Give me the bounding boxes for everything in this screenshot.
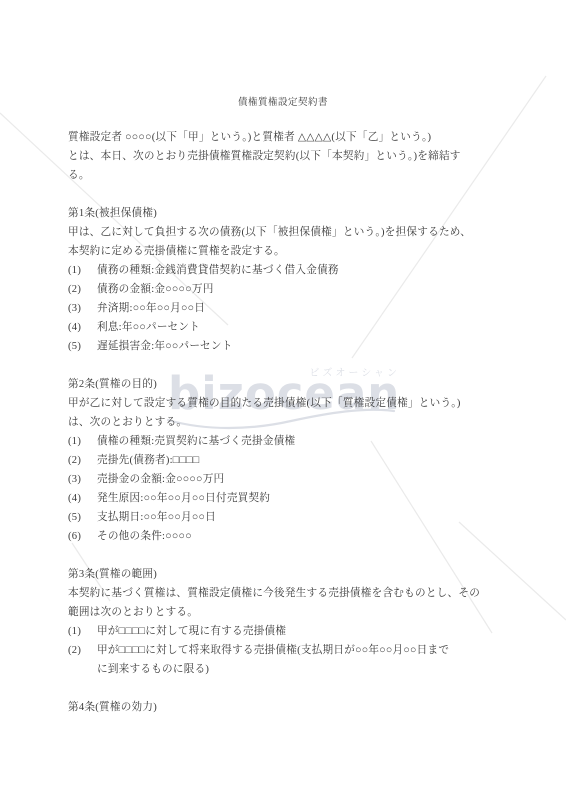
item-number: (6)	[68, 527, 97, 546]
list-item-line: (2)債務の金額:金○○○○万円	[68, 280, 520, 299]
document-body: 質権設定者 ○○○○(以下「甲」という。)と質権者 △△△△(以下「乙」という。…	[68, 128, 520, 717]
paragraph-line: は、次のとおりとする。	[68, 413, 520, 432]
paragraph-line: とは、本日、次のとおり売掛債権質権設定契約(以下「本契約」という。)を締結す	[68, 147, 520, 166]
blank-line	[68, 679, 520, 698]
list-item-continuation: に到来するものに限る)	[68, 660, 520, 679]
list-item-line: (5)遅延損害金:年○○パーセント	[68, 337, 520, 356]
item-number: (2)	[68, 280, 97, 299]
paragraph-line: 本契約に定める売掛債権に質権を設定する。	[68, 242, 520, 261]
paragraph-line: 甲は、乙に対して負担する次の債務(以下「被担保債権」という。)を担保するため、	[68, 223, 520, 242]
blank-line	[68, 546, 520, 565]
item-number: (3)	[68, 470, 97, 489]
paragraph-line: る。	[68, 166, 520, 185]
list-item-line: (4)発生原因:○○年○○月○○日付売買契約	[68, 489, 520, 508]
item-number: (2)	[68, 641, 97, 660]
item-number: (1)	[68, 622, 97, 641]
list-item-line: (3)弁済期:○○年○○月○○日	[68, 299, 520, 318]
article-heading: 第4条(質権の効力)	[68, 698, 520, 717]
list-item-line: (3)売掛金の金額:金○○○○万円	[68, 470, 520, 489]
list-item-line: (1)債権の種類:売買契約に基づく売掛金債権	[68, 432, 520, 451]
document-page: ビズオーシャン bizocean 債権質権設定契約書 質権設定者 ○○○○(以下…	[0, 0, 566, 800]
list-item-line: (1)債務の種類:金銭消費貸借契約に基づく借入金債務	[68, 261, 520, 280]
list-item-line: (2)売掛先(債務者):□□□□	[68, 451, 520, 470]
paragraph-line: 甲が乙に対して設定する質権の目的たる売掛債権(以下「質権設定債権」という。)	[68, 394, 520, 413]
item-number: (4)	[68, 318, 97, 337]
item-number: (5)	[68, 508, 97, 527]
item-number: (2)	[68, 451, 97, 470]
list-item-line: (5)支払期日:○○年○○月○○日	[68, 508, 520, 527]
article-heading: 第1条(被担保債権)	[68, 204, 520, 223]
paragraph-line: 質権設定者 ○○○○(以下「甲」という。)と質権者 △△△△(以下「乙」という。…	[68, 128, 520, 147]
blank-line	[68, 185, 520, 204]
article-heading: 第2条(質権の目的)	[68, 375, 520, 394]
blank-line	[68, 356, 520, 375]
item-number: (4)	[68, 489, 97, 508]
list-item-line: (6)その他の条件:○○○○	[68, 527, 520, 546]
document-title: 債権質権設定契約書	[0, 94, 566, 108]
list-item-line: (2)甲が□□□□に対して将来取得する売掛債権(支払期日が○○年○○月○○日まで	[68, 641, 520, 660]
item-number: (1)	[68, 261, 97, 280]
article-heading: 第3条(質権の範囲)	[68, 565, 520, 584]
list-item-line: (1)甲が□□□□に対して現に有する売掛債権	[68, 622, 520, 641]
paragraph-line: 範囲は次のとおりとする。	[68, 603, 520, 622]
item-number: (3)	[68, 299, 97, 318]
item-number: (5)	[68, 337, 97, 356]
list-item-line: (4)利息:年○○パーセント	[68, 318, 520, 337]
item-number: (1)	[68, 432, 97, 451]
paragraph-line: 本契約に基づく質権は、質権設定債権に今後発生する売掛債権を含むものとし、その	[68, 584, 520, 603]
